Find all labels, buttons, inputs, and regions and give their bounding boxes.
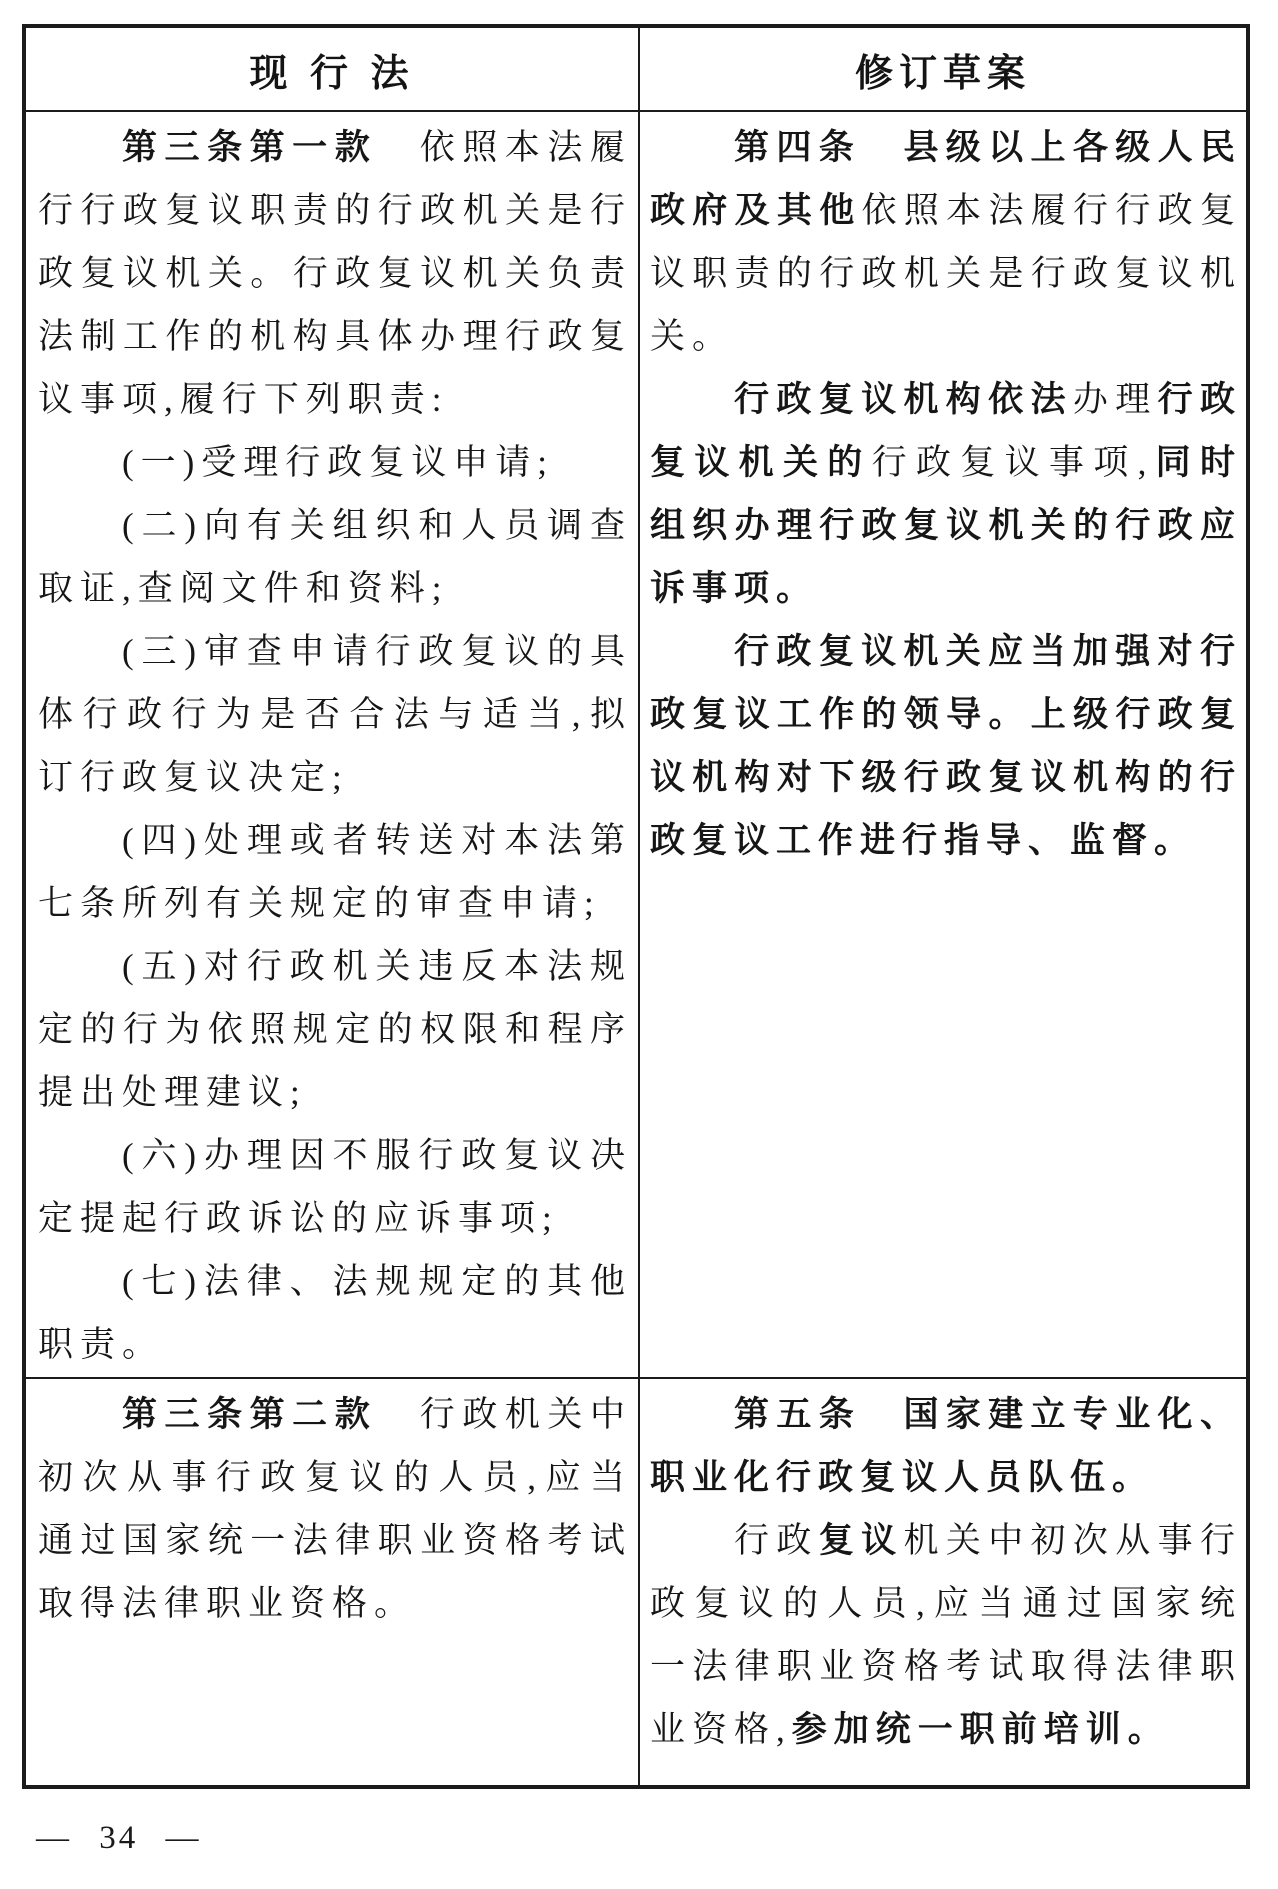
- text-run: (二)向有关组织和人员调查取证,查阅文件和资料;: [38, 506, 632, 608]
- document-page: 现 行 法 修订草案 第三条第一款 依照本法履行行政复议职责的行政机关是行政复议…: [0, 0, 1278, 1889]
- text-run: 行政复议机关应当加强对行政复议工作的领导。上级行政复议机构对下级行政复议机构的行…: [650, 632, 1242, 860]
- cell-revised-draft: 第五条 国家建立专业化、职业化行政复议人员队伍。 行政复议机关中初次从事行政复议…: [640, 1379, 1246, 1785]
- cell-revised-draft: 第四条 县级以上各级人民政府及其他依照本法履行行政复议职责的行政机关是行政复议机…: [640, 112, 1246, 1377]
- paragraph: 第三条第二款 行政机关中初次从事行政复议的人员,应当通过国家统一法律职业资格考试…: [38, 1383, 632, 1635]
- paragraph: 行政复议机关应当加强对行政复议工作的领导。上级行政复议机构对下级行政复议机构的行…: [650, 620, 1242, 872]
- text-run: 行政复议机构依法: [734, 380, 1073, 419]
- cell-current-law: 第三条第一款 依照本法履行行政复议职责的行政机关是行政复议机关。行政复议机关负责…: [26, 112, 640, 1377]
- text-run: (五)对行政机关违反本法规定的行为依照规定的权限和程序提出处理建议;: [38, 947, 632, 1112]
- text-run: (一)受理行政复议申请;: [122, 443, 554, 482]
- text-run: 第三条第二款: [122, 1395, 377, 1434]
- paragraph: 第五条 国家建立专业化、职业化行政复议人员队伍。: [650, 1383, 1242, 1509]
- paragraph: (三)审查申请行政复议的具体行政行为是否合法与适当,拟订行政复议决定;: [38, 620, 632, 809]
- paragraph: (五)对行政机关违反本法规定的行为依照规定的权限和程序提出处理建议;: [38, 935, 632, 1124]
- table-row: 第三条第一款 依照本法履行行政复议职责的行政机关是行政复议机关。行政复议机关负责…: [26, 112, 1246, 1379]
- text-run: 第五条 国家建立专业化、职业化行政复议人员队伍。: [650, 1395, 1242, 1497]
- text-run: 参加统一职前培训。: [792, 1710, 1170, 1749]
- page-number: — 34 —: [36, 1820, 202, 1857]
- paragraph: (六)办理因不服行政复议决定提起行政诉讼的应诉事项;: [38, 1124, 632, 1250]
- paragraph: 行政复议机关中初次从事行政复议的人员,应当通过国家统一法律职业资格考试取得法律职…: [650, 1509, 1242, 1761]
- paragraph: 行政复议机构依法办理行政复议机关的行政复议事项,同时组织办理行政复议机关的行政应…: [650, 368, 1242, 620]
- text-run: (六)办理因不服行政复议决定提起行政诉讼的应诉事项;: [38, 1136, 632, 1238]
- text-run: 行政: [734, 1521, 819, 1560]
- table-row: 第三条第二款 行政机关中初次从事行政复议的人员,应当通过国家统一法律职业资格考试…: [26, 1379, 1246, 1785]
- header-current-law: 现 行 法: [26, 28, 640, 110]
- text-run: 行政复议事项,: [872, 443, 1154, 482]
- text-run: (七)法律、法规规定的其他职责。: [38, 1262, 632, 1364]
- paragraph: (四)处理或者转送对本法第七条所列有关规定的审查申请;: [38, 809, 632, 935]
- paragraph: 第四条 县级以上各级人民政府及其他依照本法履行行政复议职责的行政机关是行政复议机…: [650, 116, 1242, 368]
- text-run: 复议: [819, 1521, 904, 1560]
- paragraph: (二)向有关组织和人员调查取证,查阅文件和资料;: [38, 494, 632, 620]
- paragraph: (一)受理行政复议申请;: [38, 431, 632, 494]
- text-run: (四)处理或者转送对本法第七条所列有关规定的审查申请;: [38, 821, 632, 923]
- text-run: 办理: [1073, 380, 1158, 419]
- text-run: 第三条第一款: [122, 128, 377, 167]
- header-revised-draft: 修订草案: [640, 28, 1246, 110]
- text-run: 依照本法履行行政复议职责的行政机关是行政复议机关。行政复议机关负责法制工作的机构…: [38, 128, 632, 419]
- table-header-row: 现 行 法 修订草案: [26, 28, 1246, 112]
- text-run: (三)审查申请行政复议的具体行政行为是否合法与适当,拟订行政复议决定;: [38, 632, 632, 797]
- paragraph: (七)法律、法规规定的其他职责。: [38, 1250, 632, 1376]
- paragraph: 第三条第一款 依照本法履行行政复议职责的行政机关是行政复议机关。行政复议机关负责…: [38, 116, 632, 431]
- cell-current-law: 第三条第二款 行政机关中初次从事行政复议的人员,应当通过国家统一法律职业资格考试…: [26, 1379, 640, 1785]
- comparison-table: 现 行 法 修订草案 第三条第一款 依照本法履行行政复议职责的行政机关是行政复议…: [22, 24, 1250, 1789]
